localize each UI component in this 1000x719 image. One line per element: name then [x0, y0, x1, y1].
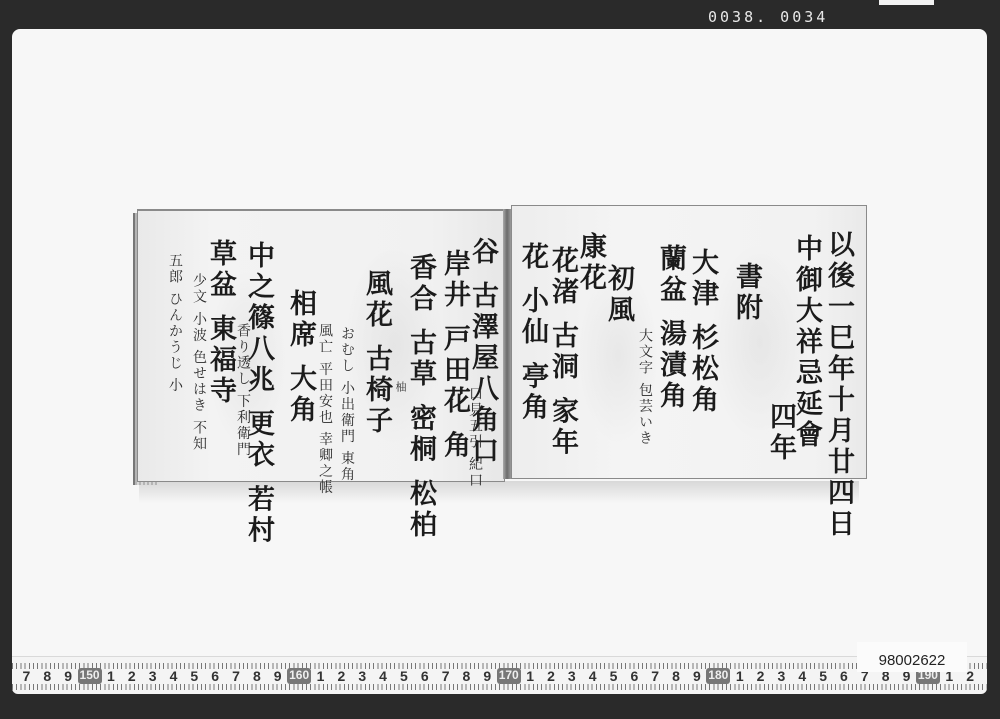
- ruler-label: 8: [456, 668, 477, 684]
- ruler-label: 1: [310, 668, 331, 684]
- frame-counter: 0038. 0034: [708, 8, 828, 26]
- text-column: 岸井 戸田花 角: [441, 249, 468, 462]
- ruler-label: 5: [394, 668, 415, 684]
- catalog-id-label: 98002622: [857, 642, 967, 672]
- ruler-label: 7: [226, 668, 247, 684]
- text-column: 五郎 ひんかうじ 小: [168, 253, 182, 394]
- text-column: 中御大祥忌延會: [793, 234, 820, 451]
- ruler-label: 6: [414, 668, 435, 684]
- ruler-label: 5: [813, 668, 834, 684]
- ruler-label: 4: [163, 668, 184, 684]
- ruler-major-label: 150: [78, 668, 102, 684]
- ruler-numbers: 7 8 9 150 1 2 3 4 5 6 7 8 9 160 1 2 3 4 …: [16, 668, 987, 684]
- text-column: 草盆 東福寺: [207, 239, 234, 407]
- ruler-label: 4: [792, 668, 813, 684]
- ruler-label: 6: [205, 668, 226, 684]
- ruler-label: 3: [771, 668, 792, 684]
- ruler-label: 1: [729, 668, 750, 684]
- ruler-label: 1: [101, 668, 122, 684]
- text-column: おむし 小出衛門 東角: [340, 326, 354, 483]
- text-column: 四年: [767, 402, 794, 464]
- text-column: 花渚 古洞 家年: [549, 246, 576, 459]
- ruler-major-label: 160: [287, 668, 311, 684]
- text-column: 大文字 包芸いき: [638, 328, 652, 446]
- text-column: 少文 小波 色せはき 不知: [192, 273, 206, 452]
- ruler-label: 2: [121, 668, 142, 684]
- text-column: 風亡 平田安也 幸卿之帳: [318, 323, 332, 496]
- ruler-label: 9: [267, 668, 288, 684]
- text-column: 香り透し 下利衛門: [236, 323, 250, 457]
- ruler-label: 2: [750, 668, 771, 684]
- ruler-label: 3: [352, 668, 373, 684]
- text-column: 相席 大角: [287, 289, 314, 426]
- corner-tab: [879, 0, 934, 5]
- right-page: 以後一巳年十月廿四日 中御大祥忌延會 四年 書附 大津 杉松角 蘭盆 湯漬角 大…: [511, 205, 867, 479]
- text-column: 風花 古椅子: [363, 269, 390, 437]
- book-gutter: [503, 209, 511, 479]
- left-page: 谷 古澤屋八角口 岸井 戸田花 角 口見五引 紀口 香合 古草 密桐 松柏 柚 …: [137, 209, 505, 482]
- ruler-label: 8: [246, 668, 267, 684]
- ruler-label: 8: [666, 668, 687, 684]
- ruler-label: 5: [184, 668, 205, 684]
- ruler-label: 5: [603, 668, 624, 684]
- text-column: 康花: [577, 232, 604, 294]
- text-column: 書附: [733, 262, 760, 324]
- ruler-label: 6: [834, 668, 855, 684]
- ruler-label: 8: [37, 668, 58, 684]
- ruler-label: 1: [520, 668, 541, 684]
- text-column: 蘭盆 湯漬角: [657, 244, 684, 412]
- text-column: 大津 杉松角: [689, 248, 716, 416]
- ruler-ticks-bottom: [12, 684, 987, 690]
- ruler-label: 7: [645, 668, 666, 684]
- text-column: 以後一巳年十月廿四日: [825, 230, 852, 540]
- text-column: 初風: [605, 264, 632, 326]
- ruler-label: 7: [16, 668, 37, 684]
- measuring-ruler: 7 8 9 150 1 2 3 4 5 6 7 8 9 160 1 2 3 4 …: [12, 656, 987, 694]
- ruler-label: 9: [58, 668, 79, 684]
- ruler-major-label: 180: [706, 668, 730, 684]
- ruler-label: 4: [373, 668, 394, 684]
- text-column: 口見五引 紀口: [468, 386, 482, 488]
- ruler-label: 9: [686, 668, 707, 684]
- text-column: 香合 古草 密桐 松柏: [407, 253, 434, 541]
- ruler-label: 7: [435, 668, 456, 684]
- ruler-label: 2: [541, 668, 562, 684]
- ruler-label: 9: [477, 668, 498, 684]
- open-book: 谷 古澤屋八角口 岸井 戸田花 角 口見五引 紀口 香合 古草 密桐 松柏 柚 …: [133, 203, 868, 488]
- ruler-label: 2: [331, 668, 352, 684]
- ruler-label: 6: [624, 668, 645, 684]
- ruler-label: 4: [582, 668, 603, 684]
- text-column: 花 小仙 亭角: [519, 242, 546, 424]
- ruler-major-label: 170: [497, 668, 521, 684]
- text-column: 柚: [395, 381, 406, 393]
- ruler-label: 3: [142, 668, 163, 684]
- ruler-label: 3: [981, 668, 987, 684]
- ruler-label: 3: [561, 668, 582, 684]
